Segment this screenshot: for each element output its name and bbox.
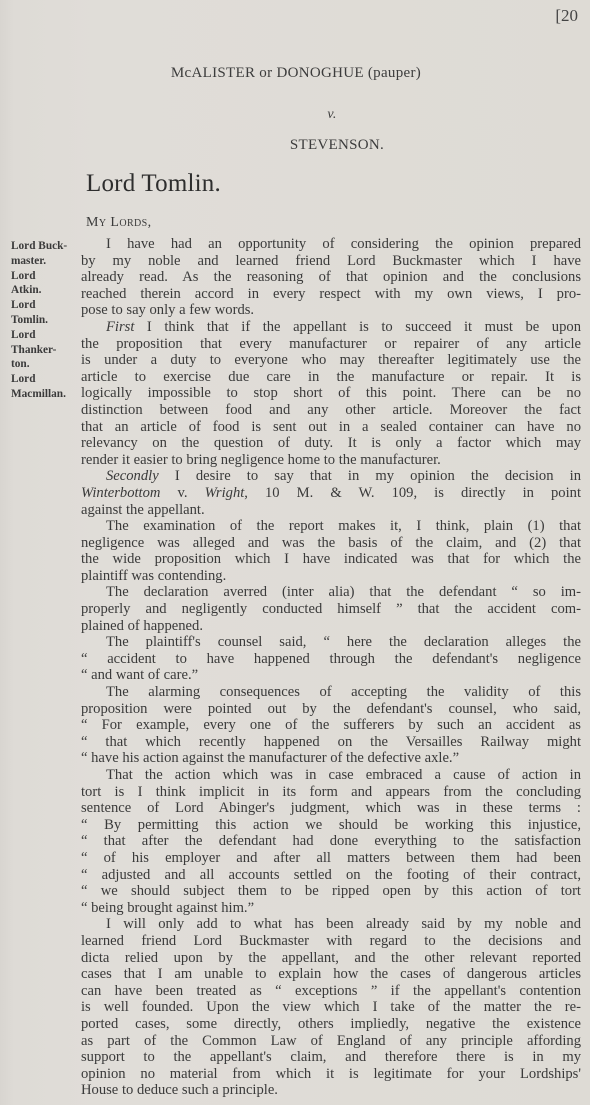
text-line: The declaration averred (inter alia) tha… (81, 584, 581, 601)
text-line: properly and negligently conducted himse… (81, 601, 581, 618)
text-line: distinction between food and any other a… (81, 402, 581, 419)
text-line: can have been treated as “ exceptions ” … (81, 983, 581, 1000)
text-line: Winterbottom v. Wright, 10 M. & W. 109, … (81, 485, 581, 502)
text-line: The plaintiff's counsel said, “ here the… (81, 634, 581, 651)
text-line: I have had an opportunity of considering… (81, 236, 581, 253)
text-line: is under a duty to everyone who may ther… (81, 352, 581, 369)
text-line: House to deduce such a principle. (81, 1082, 581, 1099)
text-line: learned friend Lord Buckmaster with rega… (81, 933, 581, 950)
margin-note: Lord (11, 372, 81, 387)
text-line: “ we should subject them to be ripped op… (81, 883, 581, 900)
text-line: cases that I am unable to explain how th… (81, 966, 581, 983)
text-line: First I think that if the appellant is t… (81, 319, 581, 336)
document-page: [20 McALISTER or DONOGHUE (pauper) v. ST… (0, 0, 590, 1105)
margin-note: Thanker- (11, 343, 81, 358)
margin-note: Lord (11, 269, 81, 284)
margin-note: Tomlin. (11, 313, 81, 328)
text-line: reached therein accord in every respect … (81, 286, 581, 303)
text-line: “ For example, every one of the sufferer… (81, 717, 581, 734)
page-number: [20 (555, 6, 578, 26)
text-line: against the appellant. (81, 502, 581, 519)
case-versus: v. (37, 107, 590, 123)
margin-note: Lord (11, 328, 81, 343)
case-party-appellant: McALISTER or DONOGHUE (pauper) (46, 65, 546, 82)
text-line: The examination of the report makes it, … (81, 518, 581, 535)
text-line: sentence of Lord Abinger's judgment, whi… (81, 800, 581, 817)
text-line: relevancy on the question of duty. It is… (81, 435, 581, 452)
text-line: ported cases, some directly, others impl… (81, 1016, 581, 1033)
text-line: dicta relied upon by the appellant, and … (81, 950, 581, 967)
text-line: that an article of food is sent out in a… (81, 419, 581, 436)
text-line: proposition were pointed out by the defe… (81, 701, 581, 718)
text-line: plaintiff was contending. (81, 568, 581, 585)
text-line: render it easier to bring negligence hom… (81, 452, 581, 469)
text-line: is well founded. Upon the view which I t… (81, 999, 581, 1016)
text-line: article to exercise due care in the manu… (81, 369, 581, 386)
text-line: the proposition that every manufacturer … (81, 336, 581, 353)
text-line: “ accident to have happened through the … (81, 651, 581, 668)
text-line: support to the appellant's claim, and th… (81, 1049, 581, 1066)
text-line: The alarming consequences of accepting t… (81, 684, 581, 701)
judge-heading: Lord Tomlin. (86, 170, 221, 198)
text-line: plained of happened. (81, 618, 581, 635)
opinion-body: I have had an opportunity of considering… (81, 236, 581, 1099)
text-line: negligence was alleged and was the basis… (81, 535, 581, 552)
text-line: as part of the Common Law of England of … (81, 1033, 581, 1050)
text-line: “ have his action against the manufactur… (81, 750, 581, 767)
text-line: “ being brought against him.” (81, 900, 581, 917)
text-line: logically impossible to stop short of th… (81, 385, 581, 402)
text-line: pose to say only a few words. (81, 302, 581, 319)
text-line: “ that after the defendant had done ever… (81, 833, 581, 850)
margin-note: master. (11, 254, 81, 269)
text-line: Secondly I desire to say that in my opin… (81, 468, 581, 485)
text-line: the wide proposition which I have indica… (81, 551, 581, 568)
text-line: That the action which was in case embrac… (81, 767, 581, 784)
text-line: opinion no material from which it is leg… (81, 1066, 581, 1083)
text-line: “ adjusted and all accounts settled on t… (81, 867, 581, 884)
margin-note: Macmillan. (11, 387, 81, 402)
margin-note: Atkin. (11, 283, 81, 298)
text-line: already read. As the reasoning of that o… (81, 269, 581, 286)
case-party-respondent: STEVENSON. (42, 137, 590, 154)
margin-note: Lord Buck- (11, 239, 81, 254)
text-line: I will only add to what has been already… (81, 916, 581, 933)
text-line: by my noble and learned friend Lord Buck… (81, 253, 581, 270)
margin-notes-judges: Lord Buck-master.LordAtkin.LordTomlin.Lo… (11, 239, 81, 402)
margin-note: ton. (11, 357, 81, 372)
text-line: “ that which recently happened on the Ve… (81, 734, 581, 751)
text-line: “ By permitting this action we should be… (81, 817, 581, 834)
salutation: My Lords, (86, 215, 152, 231)
margin-note: Lord (11, 298, 81, 313)
text-line: “ of his employer and after all matters … (81, 850, 581, 867)
text-line: tort is I think implicit in its form and… (81, 784, 581, 801)
text-line: “ and want of care.” (81, 667, 581, 684)
